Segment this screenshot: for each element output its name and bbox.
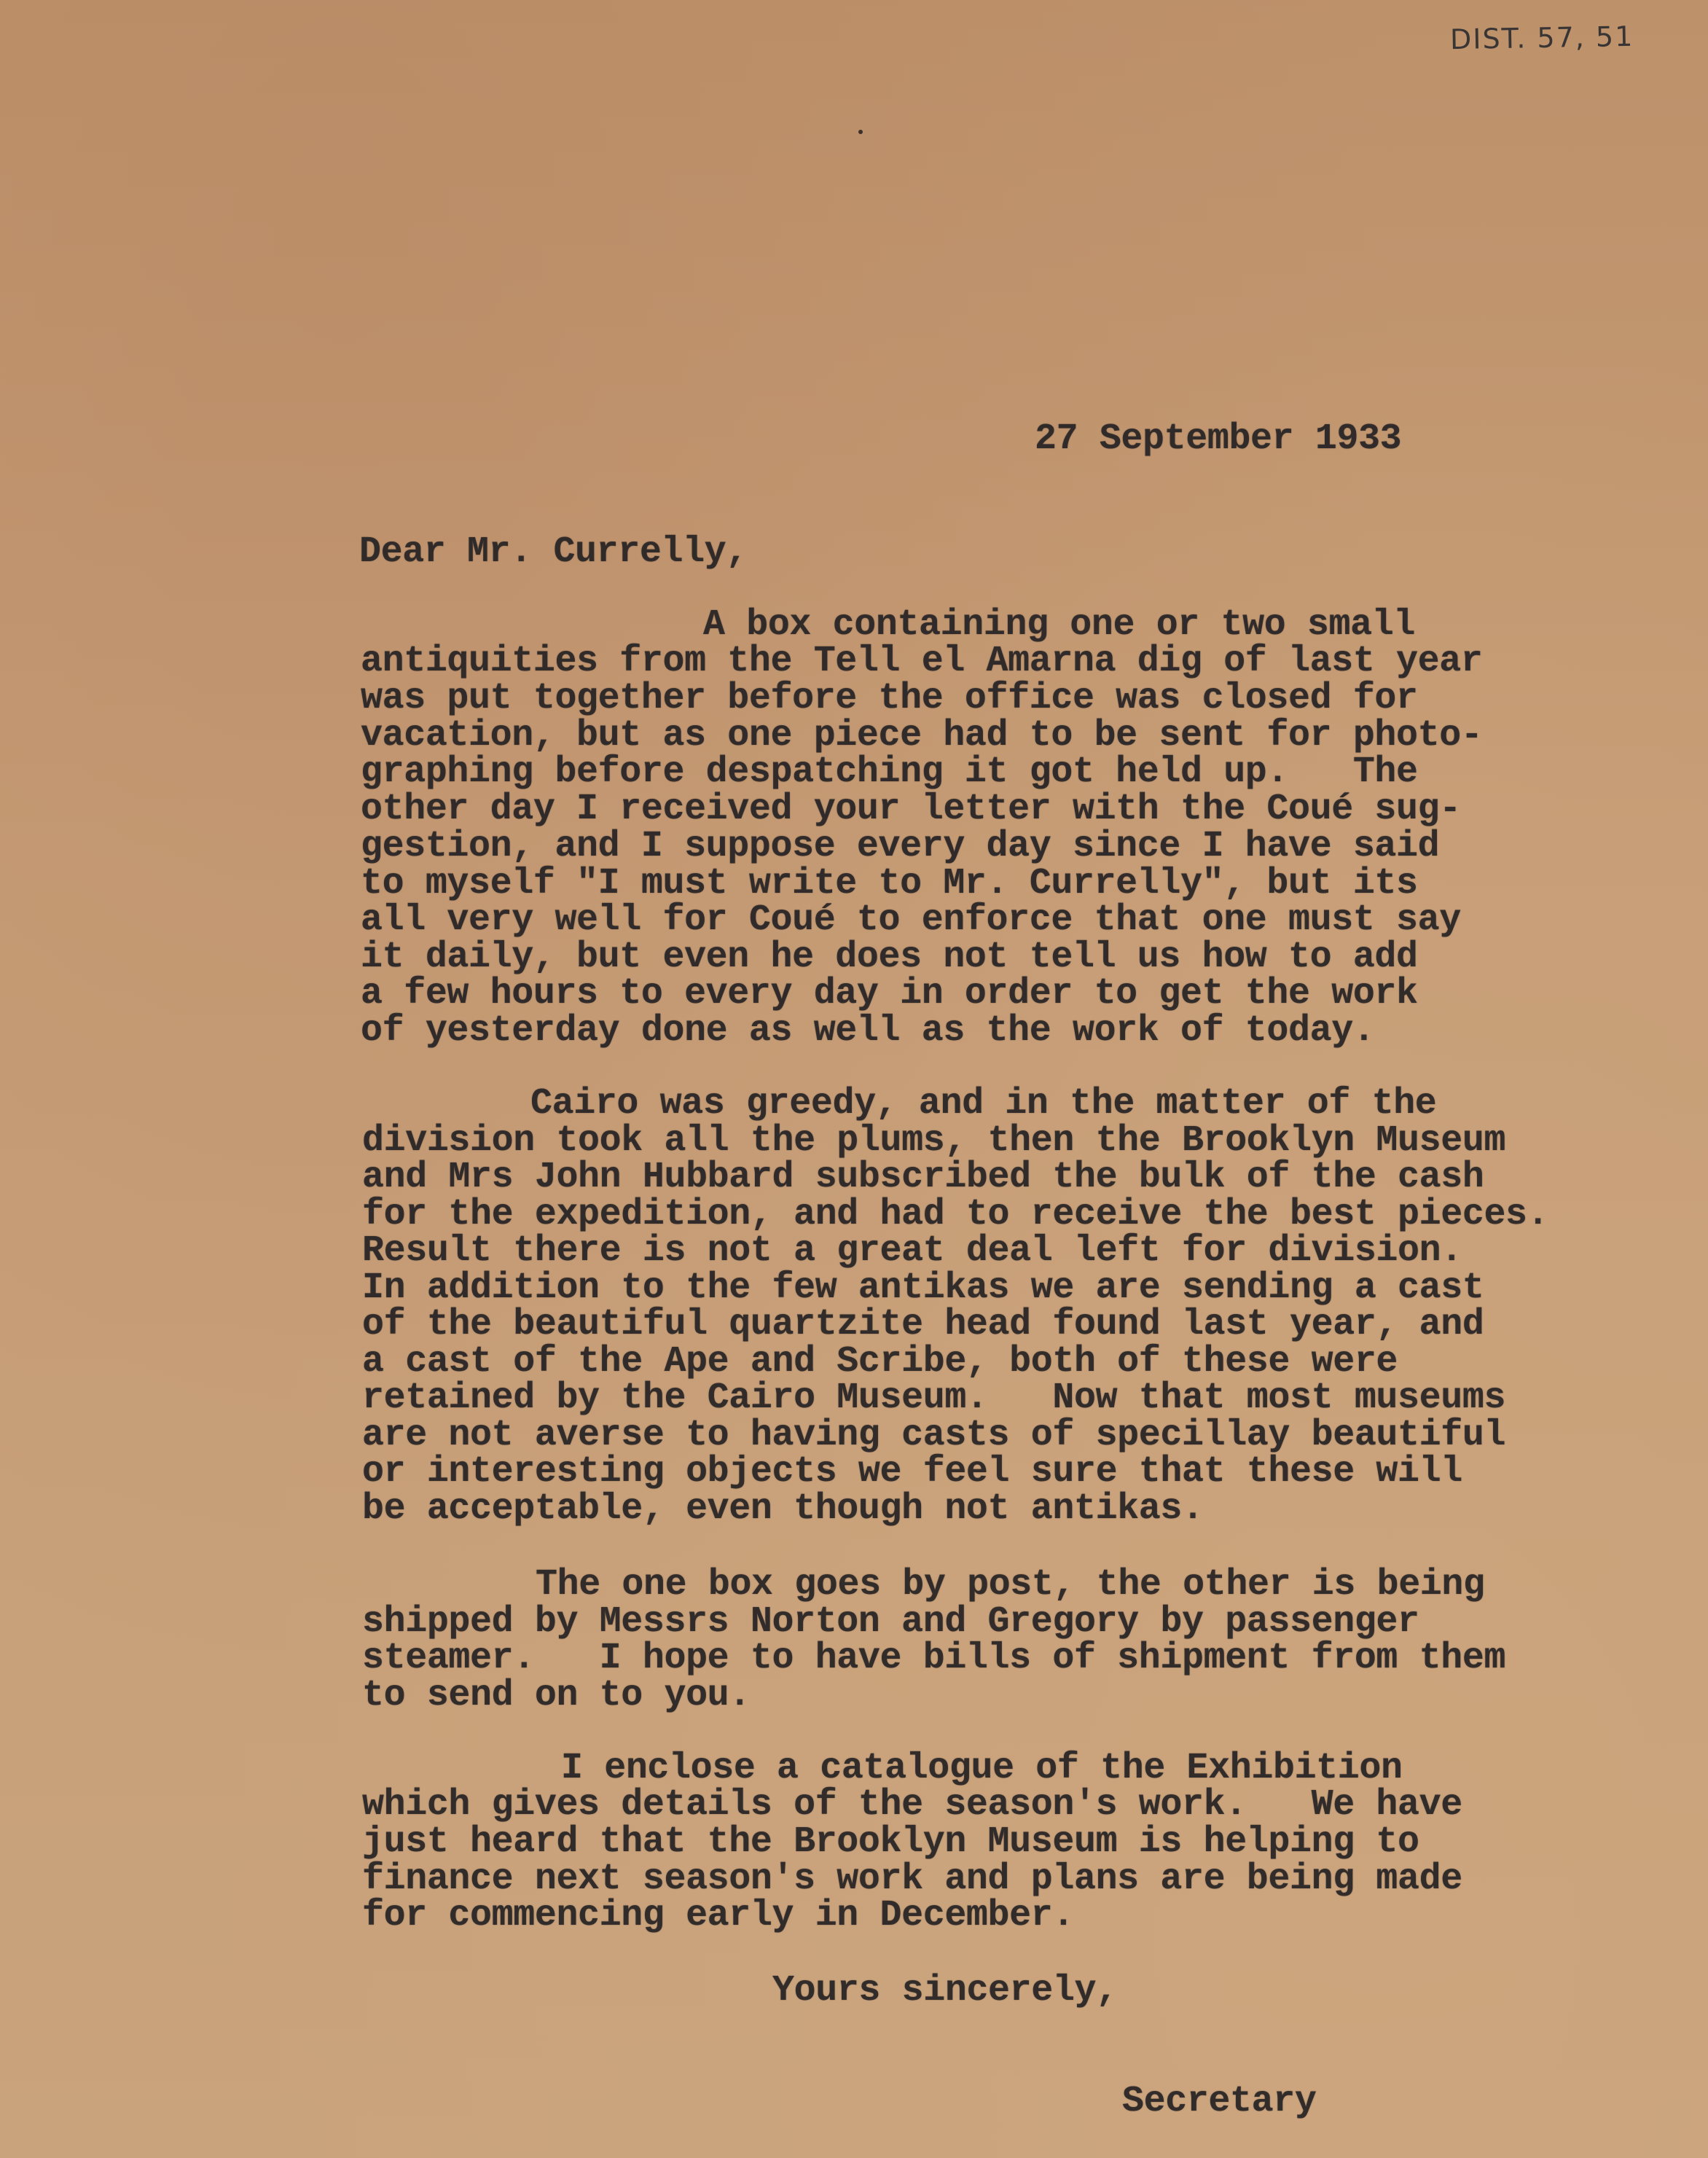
paragraph-line: graphing before despatching it got held … [361, 754, 1418, 791]
paragraph-line: all very well for Coué to enforce that o… [361, 902, 1461, 939]
paper-speck [858, 130, 863, 134]
paragraph-line: for commencing early in December. [362, 1898, 1074, 1934]
archive-reference-mark: DIST. 57, 51 [1450, 20, 1634, 55]
paragraph-line: shipped by Messrs Norton and Gregory by … [362, 1604, 1419, 1641]
paragraph-line: gestion, and I suppose every day since I… [361, 829, 1439, 865]
paragraph-line: I enclose a catalogue of the Exhibition [561, 1751, 1403, 1787]
paragraph-line: a few hours to every day in order to get… [361, 976, 1418, 1012]
paragraph-line: Result there is not a great deal left fo… [362, 1233, 1462, 1270]
paragraph-line: and Mrs John Hubbard subscribed the bulk… [362, 1160, 1484, 1196]
paragraph-line: or interesting objects we feel sure that… [362, 1454, 1462, 1490]
paragraph-line: which gives details of the season's work… [362, 1787, 1462, 1823]
paragraph-line: for the expedition, and had to receive t… [362, 1197, 1548, 1233]
paragraph-line: A box containing one or two small [703, 607, 1415, 644]
paragraph-line: Cairo was greedy, and in the matter of t… [530, 1086, 1436, 1122]
paragraph-line: to myself "I must write to Mr. Currelly"… [361, 866, 1418, 902]
paragraph-line: In addition to the few antikas we are se… [362, 1270, 1484, 1307]
paragraph-line: be acceptable, even though not antikas. [362, 1491, 1204, 1528]
paragraph-line: a cast of the Ape and Scribe, both of th… [362, 1344, 1398, 1380]
paragraph-line: retained by the Cairo Museum. Now that m… [362, 1380, 1505, 1417]
paragraph-line: finance next season's work and plans are… [362, 1861, 1462, 1898]
paragraph-line: it daily, but even he does not tell us h… [361, 939, 1418, 976]
paragraph-line: antiquities from the Tell el Amarna dig … [361, 644, 1482, 680]
paragraph-line: division took all the plums, then the Br… [362, 1123, 1505, 1160]
signature-title: Secretary [1122, 2084, 1316, 2120]
salutation: Dear Mr. Currelly, [359, 534, 748, 571]
paragraph-line: of yesterday done as well as the work of… [361, 1013, 1374, 1049]
paragraph-line: vacation, but as one piece had to be sen… [361, 718, 1482, 754]
paragraph-line: other day I received your letter with th… [361, 791, 1461, 828]
paragraph-line: was put together before the office was c… [361, 681, 1418, 717]
paragraph-line: are not averse to having casts of specil… [362, 1418, 1505, 1454]
paragraph-line: to send on to you. [362, 1678, 751, 1714]
letter-page: DIST. 57, 51 27 September 1933 Dear Mr. … [0, 0, 1708, 2158]
paragraph-line: just heard that the Brooklyn Museum is h… [362, 1824, 1419, 1861]
paragraph-line: steamer. I hope to have bills of shipmen… [362, 1641, 1505, 1677]
paragraph-line: The one box goes by post, the other is b… [536, 1567, 1485, 1603]
paragraph-line: of the beautiful quartzite head found la… [362, 1307, 1484, 1343]
letter-date: 27 September 1933 [1035, 421, 1401, 458]
closing: Yours sincerely, [772, 1973, 1118, 2009]
